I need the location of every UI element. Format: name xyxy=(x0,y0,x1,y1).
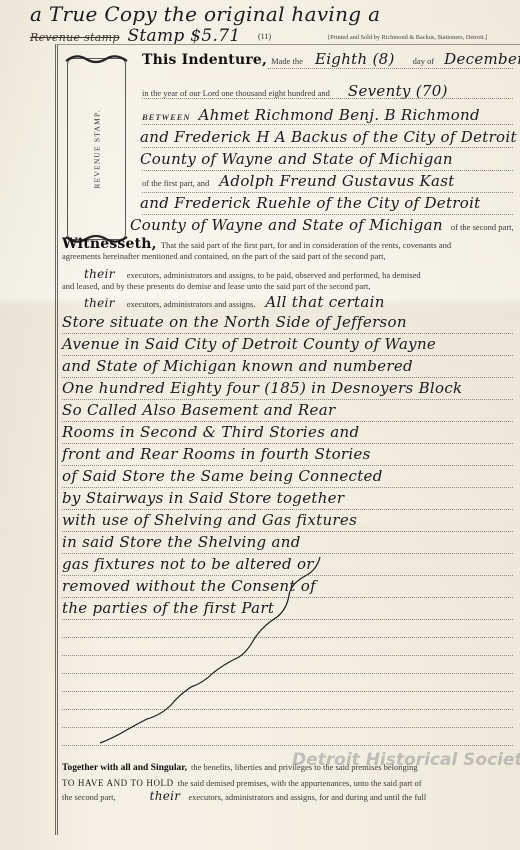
habendum-heading: Together with all and Singular, xyxy=(62,763,187,773)
indenture-heading: This Indenture, xyxy=(142,52,267,68)
witnesseth-text-3: executors, administrators and assigns, t… xyxy=(127,270,421,280)
dotted-rule xyxy=(62,355,513,356)
first-part-label: of the first part, and xyxy=(142,178,209,188)
indenture-document: a True Copy the original having a Revenu… xyxy=(0,0,520,850)
premises-line: of Said Store the Same being Connected xyxy=(62,467,383,485)
revenue-stamp-annotation: Revenue stamp Stamp $5.71 xyxy=(30,26,240,46)
habendum-text-3: executors, administrators and assigns, f… xyxy=(188,792,426,802)
heirs-hand-3: their xyxy=(150,789,181,803)
between-line: BETWEEN Ahmet Richmond Benj. B Richmond xyxy=(142,106,480,125)
between-label: BETWEEN xyxy=(142,112,191,122)
second-party-line-2: and Frederick Ruehle of the City of Detr… xyxy=(140,194,481,212)
witnesseth-text-5: executors, administrators and assigns. xyxy=(127,299,256,309)
premises-line: Rooms in Second & Third Stories and xyxy=(62,423,359,441)
dotted-rule xyxy=(142,170,513,171)
dotted-rule xyxy=(62,465,513,466)
premises-line: One hundred Eighty four (185) in Desnoye… xyxy=(62,379,462,397)
struck-text: Revenue stamp xyxy=(30,31,120,44)
dotted-rule xyxy=(62,333,513,334)
witnesseth-line-2: agreements hereinafter mentioned and con… xyxy=(62,251,386,261)
first-party-line-3: County of Wayne and State of Michigan xyxy=(140,150,453,168)
second-party-line-1: Adolph Freund Gustavus Kast xyxy=(219,172,454,190)
month-value: December xyxy=(444,50,520,68)
dotted-rule xyxy=(142,124,513,125)
dotted-rule xyxy=(62,553,513,554)
stamp-value-text: Stamp $5.71 xyxy=(127,26,240,46)
premises-line: So Called Also Basement and Rear xyxy=(62,401,335,419)
witnesseth-line-5: their executors, administrators and assi… xyxy=(62,293,385,312)
premises-line: front and Rear Rooms in fourth Stories xyxy=(62,445,371,463)
premises-line: Avenue in Said City of Detroit County of… xyxy=(62,335,436,353)
premises-line: by Stairways in Said Store together xyxy=(62,489,344,507)
made-the-label: Made the xyxy=(271,56,303,66)
day-value: Eighth (8) xyxy=(315,50,395,68)
witnesseth-heading: Witnesseth, xyxy=(62,236,157,252)
premises-line: Store situate on the North Side of Jeffe… xyxy=(62,313,407,331)
all-that-certain: All that certain xyxy=(265,293,384,311)
dotted-rule xyxy=(62,487,513,488)
second-part-prefix: the second part, xyxy=(62,792,116,802)
indenture-heading-line: This Indenture, Made the Eighth (8) day … xyxy=(142,50,520,69)
first-party-line-2: and Frederick H A Backus of the City of … xyxy=(140,128,517,146)
habendum-line-3: the second part, their executors, admini… xyxy=(62,787,426,805)
heirs-hand-2: their xyxy=(84,296,115,310)
witnesseth-text-1: That the said part of the first part, fo… xyxy=(161,240,451,250)
second-part-label: of the second part, xyxy=(451,222,514,232)
dotted-rule xyxy=(62,377,513,378)
ornament-curl-icon xyxy=(64,51,129,65)
day-of-label: day of xyxy=(413,56,434,66)
dotted-rule xyxy=(268,68,513,69)
year-prefix: in the year of our Lord one thousand eig… xyxy=(142,88,330,98)
dotted-rule xyxy=(62,745,513,746)
revenue-stamp-box: REVENUE STAMP. xyxy=(67,58,126,240)
heirs-hand-1: their xyxy=(84,267,115,281)
printer-credit: [Printed and Sold by Richmond & Backus, … xyxy=(328,34,487,41)
page-number: (11) xyxy=(258,32,271,41)
second-party-line-3-row: County of Wayne and State of Michigan of… xyxy=(130,216,514,235)
dotted-rule xyxy=(62,509,513,510)
dotted-rule xyxy=(62,421,513,422)
dotted-rule xyxy=(62,531,513,532)
premises-line: with use of Shelving and Gas fixtures xyxy=(62,511,357,529)
cancellation-squiggle-icon xyxy=(95,555,335,745)
dotted-rule xyxy=(62,399,513,400)
premises-line: in said Store the Shelving and xyxy=(62,533,301,551)
watermark: Detroit Historical Society xyxy=(292,750,520,770)
revenue-stamp-label: REVENUE STAMP. xyxy=(92,109,101,188)
witnesseth-line-4: and leased, and by these presents do dem… xyxy=(62,281,371,291)
dotted-rule xyxy=(142,147,513,148)
dotted-rule xyxy=(62,443,513,444)
dotted-rule xyxy=(142,214,513,215)
true-copy-annotation: a True Copy the original having a xyxy=(30,2,380,26)
premises-line: and State of Michigan known and numbered xyxy=(62,357,413,375)
second-party-line-3: County of Wayne and State of Michigan xyxy=(130,216,443,234)
second-party-line: of the first part, and Adolph Freund Gus… xyxy=(142,172,455,191)
dotted-rule xyxy=(142,192,513,193)
dotted-rule xyxy=(142,98,513,99)
first-party-line-1: Ahmet Richmond Benj. B Richmond xyxy=(199,106,480,124)
